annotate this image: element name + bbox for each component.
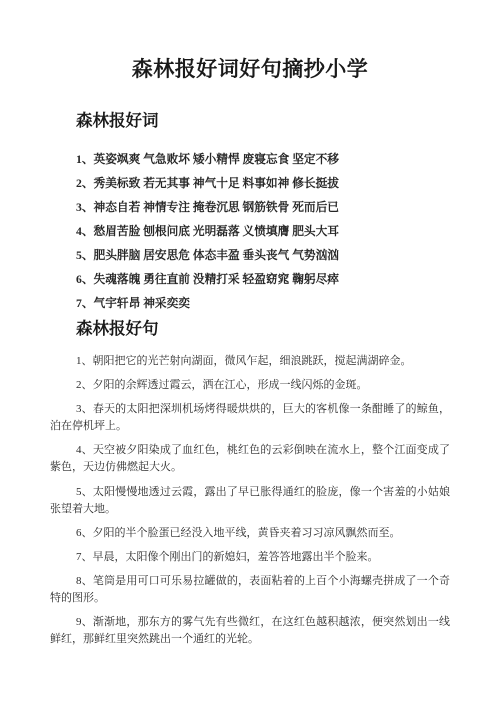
word-line: 7、气宇轩昂 神采奕奕 xyxy=(50,292,450,316)
document-page: 森林报好词好句摘抄小学 森林报好词 1、英姿飒爽 气急败坏 矮小精悍 废寝忘食 … xyxy=(0,0,500,707)
sentence: 3、春天的太阳把深圳机场烤得暖烘烘的，巨大的客机像一条酣睡了的鲸鱼，泊在停机坪上… xyxy=(50,401,450,435)
sentence: 5、太阳慢慢地透过云霞，露出了早已胀得通红的脸庞，像一个害羞的小姑娘张望着大地。 xyxy=(50,484,450,518)
sentence: 2、夕阳的余辉透过霞云，洒在江心，形成一线闪烁的金斑。 xyxy=(50,377,450,394)
word-list: 1、英姿飒爽 气急败坏 矮小精悍 废寝忘食 坚定不移 2、秀美标致 若无其事 神… xyxy=(50,148,450,316)
sentence: 1、朝阳把它的光芒射向湖面，微风乍起，细浪跳跃，搅起满湖碎金。 xyxy=(50,353,450,370)
sentence: 4、天空被夕阳染成了血红色，桃红色的云彩倒映在流水上，整个江面变成了紫色，天边仿… xyxy=(50,442,450,476)
word-line: 3、神态自若 神情专注 掩卷沉思 钢筋铁骨 死而后已 xyxy=(50,196,450,220)
section-heading-sentences: 森林报好句 xyxy=(76,318,450,340)
sentence: 7、早晨，太阳像个刚出门的新媳妇，羞答答地露出半个脸来。 xyxy=(50,549,450,566)
sentence: 9、渐渐地，那东方的雾气先有些微红，在这红色越积越浓，便突然划出一线鲜红，那鲜红… xyxy=(50,614,450,648)
page-title: 森林报好词好句摘抄小学 xyxy=(50,56,450,83)
sentence: 8、笔筒是用可口可乐易拉罐做的，表面粘着的上百个小海螺壳拼成了一个奇特的图形。 xyxy=(50,573,450,607)
word-line: 4、愁眉苦脸 刨根问底 光明磊落 义愤填膺 肥头大耳 xyxy=(50,220,450,244)
section-heading-words: 森林报好词 xyxy=(76,110,450,132)
word-line: 2、秀美标致 若无其事 神气十足 料事如神 修长挺拔 xyxy=(50,172,450,196)
word-line: 6、失魂落魄 勇往直前 没精打采 轻盈窈窕 鞠躬尽瘁 xyxy=(50,268,450,292)
sentence-list: 1、朝阳把它的光芒射向湖面，微风乍起，细浪跳跃，搅起满湖碎金。 2、夕阳的余辉透… xyxy=(50,353,450,648)
sentence: 6、夕阳的半个脸蛋已经没入地平线，黄昏夹着习习凉风飘然而至。 xyxy=(50,525,450,542)
word-line: 1、英姿飒爽 气急败坏 矮小精悍 废寝忘食 坚定不移 xyxy=(50,148,450,172)
word-line: 5、肥头胖脑 居安思危 体态丰盈 垂头丧气 气势汹汹 xyxy=(50,244,450,268)
